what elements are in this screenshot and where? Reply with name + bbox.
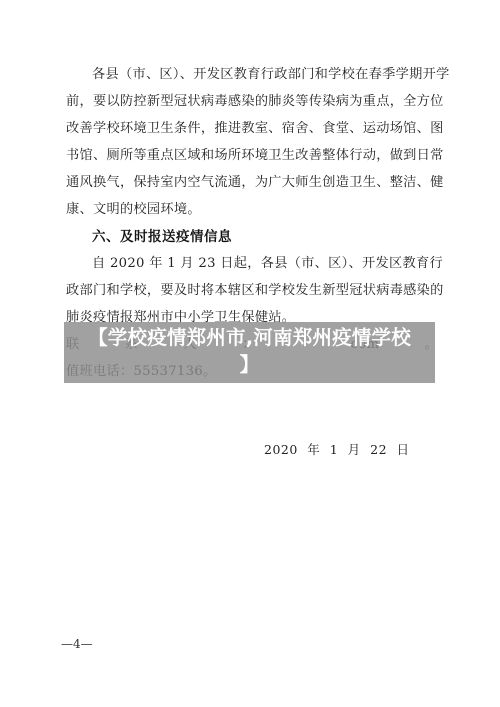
document-date: 2020 年 1 月 22 日 bbox=[264, 441, 410, 459]
paragraph-line: 前，要以防控新型冠状病毒感染的肺炎等传染病为重点，全方位 bbox=[66, 93, 438, 111]
banner-title-line-1: 【学校疫情郑州市,河南郑州疫情学校 bbox=[64, 324, 435, 351]
paragraph-line: 康、文明的校园环境。 bbox=[66, 201, 438, 219]
paragraph-line: 书馆、厕所等重点区域和场所环境卫生改善整体行动，做到日常 bbox=[66, 147, 438, 165]
banner-title: 【学校疫情郑州市,河南郑州疫情学校 】 bbox=[64, 322, 435, 378]
page-number: —4— bbox=[61, 637, 93, 651]
paragraph-line: 各县（市、区）、开发区教育行政部门和学校在春季学期开学 bbox=[92, 66, 438, 84]
paragraph-line: 改善学校环境卫生条件，推进教室、宿舍、食堂、运动场馆、图 bbox=[66, 120, 438, 138]
document-page: 各县（市、区）、开发区教育行政部门和学校在春季学期开学 前，要以防控新型冠状病毒… bbox=[0, 0, 500, 707]
paragraph-line: 通风换气，保持室内空气流通，为广大师生创造卫生、整洁、健 bbox=[66, 174, 438, 192]
paragraph-line: 政部门和学校，要及时将本辖区和学校发生新型冠状病毒感染的 bbox=[66, 282, 438, 300]
title-overlay-banner: 【学校疫情郑州市,河南郑州疫情学校 】 bbox=[64, 322, 435, 383]
paragraph-line: 自 2020 年 1 月 23 日起，各县（市、区）、开发区教育行 bbox=[92, 255, 438, 273]
section-heading: 六、及时报送疫情信息 bbox=[92, 228, 232, 246]
banner-title-line-2: 】 bbox=[64, 351, 435, 378]
